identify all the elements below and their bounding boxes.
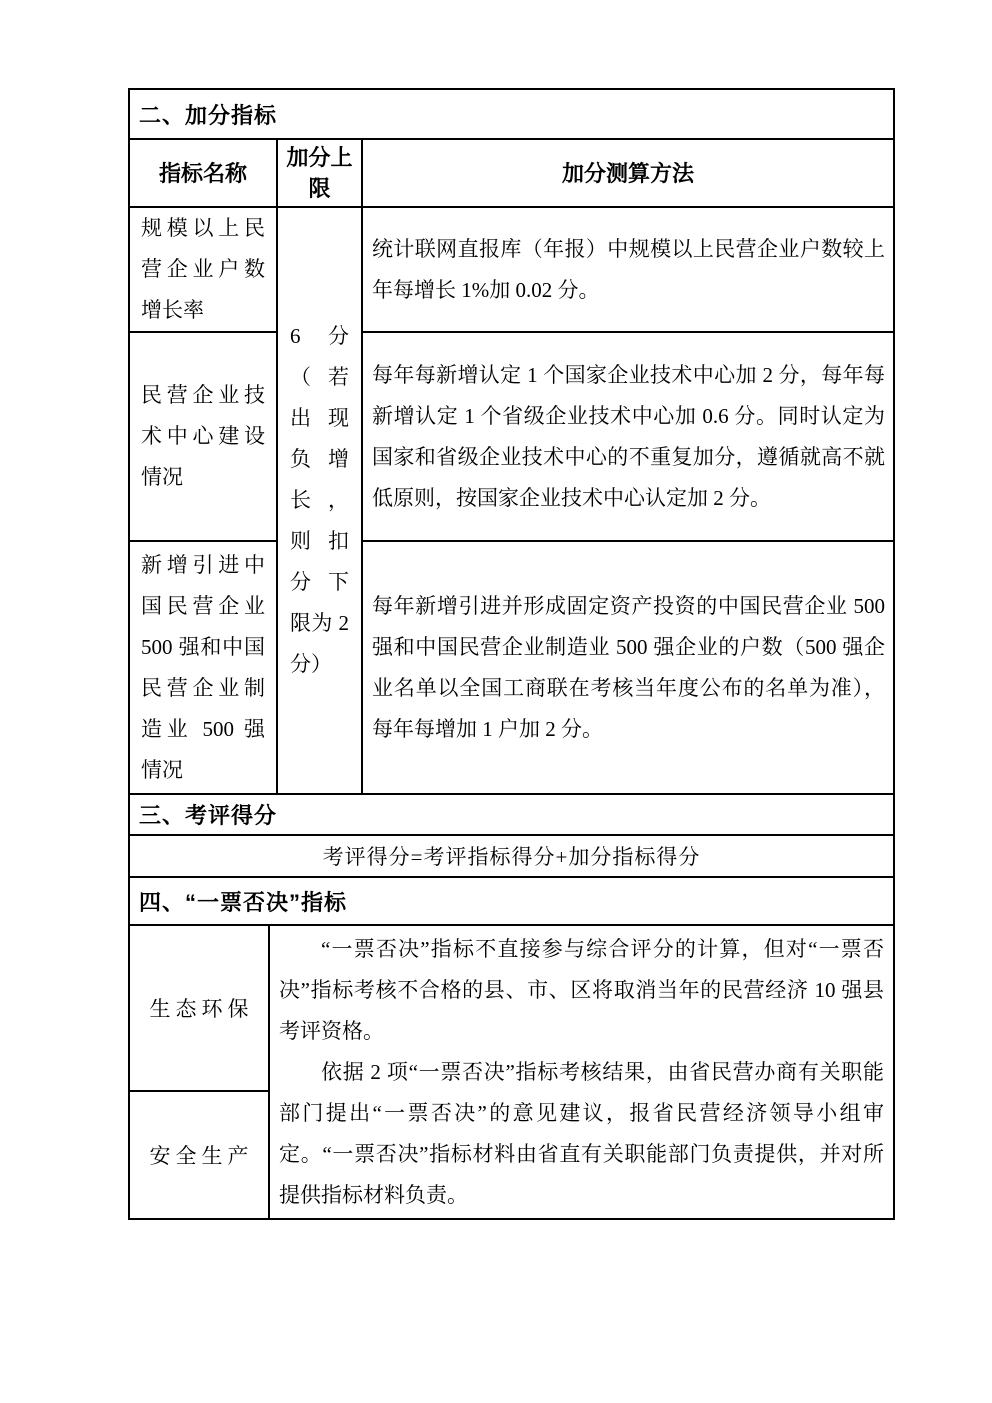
method-text: 每年新增引进并形成固定资产投资的中国民营企业 500 强和中国民营企业制造业 5…	[372, 586, 885, 750]
document-page: 二、加分指标 指标名称 加分上限 加分测算方法 规模以上民营企业户数增长率 民营…	[0, 0, 992, 1403]
veto-body: 生态环保 安全生产 “一票否决”指标不直接参与综合评分的计算，但对“一票否决”指…	[130, 926, 893, 1218]
section-score-title: 三、考评得分	[130, 795, 893, 836]
method-cell: 每年新增引进并形成固定资产投资的中国民营企业 500 强和中国民营企业制造业 5…	[363, 542, 893, 793]
score-formula: 考评得分=考评指标得分+加分指标得分	[130, 836, 893, 878]
veto-description-merged-cell: “一票否决”指标不直接参与综合评分的计算，但对“一票否决”指标考核不合格的县、市…	[270, 926, 893, 1218]
method-text: 统计联网直报库（年报）中规模以上民营企业户数较上年每增长 1%加 0.02 分。	[372, 229, 885, 311]
method-text: 每年每新增认定 1 个国家企业技术中心加 2 分，每年每新增认定 1 个省级企业…	[372, 355, 885, 519]
veto-paragraph: “一票否决”指标不直接参与综合评分的计算，但对“一票否决”指标考核不合格的县、市…	[279, 929, 884, 1052]
indicator-name-cell: 民营企业技术中心建设情况	[130, 333, 276, 542]
header-bonus-method: 加分测算方法	[363, 140, 893, 206]
bonus-limit-text: 6 分（若出现负增长，则扣分下限为 2 分）	[290, 316, 349, 685]
indicator-name-text: 民营企业技术中心建设情况	[141, 375, 265, 498]
indicator-name-cell: 规模以上民营企业户数增长率	[130, 208, 276, 333]
indicator-name-text: 新增引进中国民营企业 500 强和中国民营企业制造业 500 强情况	[141, 545, 265, 791]
method-cell: 统计联网直报库（年报）中规模以上民营企业户数较上年每增长 1%加 0.02 分。	[363, 208, 893, 333]
bonus-method-column: 统计联网直报库（年报）中规模以上民营企业户数较上年每增长 1%加 0.02 分。…	[363, 208, 893, 793]
bonus-body: 规模以上民营企业户数增长率 民营企业技术中心建设情况 新增引进中国民营企业 50…	[130, 208, 893, 795]
bonus-limit-merged-cell: 6 分（若出现负增长，则扣分下限为 2 分）	[278, 208, 363, 793]
header-bonus-limit: 加分上限	[278, 140, 363, 206]
indicator-name-cell: 新增引进中国民营企业 500 强和中国民营企业制造业 500 强情况	[130, 542, 276, 793]
section-veto-title: 四、“一票否决”指标	[130, 878, 893, 926]
method-cell: 每年每新增认定 1 个国家企业技术中心加 2 分，每年每新增认定 1 个省级企业…	[363, 333, 893, 542]
veto-name-column: 生态环保 安全生产	[130, 926, 270, 1218]
header-indicator-name: 指标名称	[130, 140, 278, 206]
indicator-name-text: 规模以上民营企业户数增长率	[141, 208, 265, 331]
veto-paragraph: 依据 2 项“一票否决”指标考核结果，由省民营办商有关职能部门提出“一票否决”的…	[279, 1052, 884, 1216]
bonus-header-row: 指标名称 加分上限 加分测算方法	[130, 140, 893, 208]
score-criteria-table: 二、加分指标 指标名称 加分上限 加分测算方法 规模以上民营企业户数增长率 民营…	[128, 88, 895, 1220]
veto-indicator-cell: 安全生产	[130, 1092, 268, 1218]
veto-indicator-cell: 生态环保	[130, 926, 268, 1092]
section-bonus-title: 二、加分指标	[130, 90, 893, 140]
bonus-name-column: 规模以上民营企业户数增长率 民营企业技术中心建设情况 新增引进中国民营企业 50…	[130, 208, 278, 793]
